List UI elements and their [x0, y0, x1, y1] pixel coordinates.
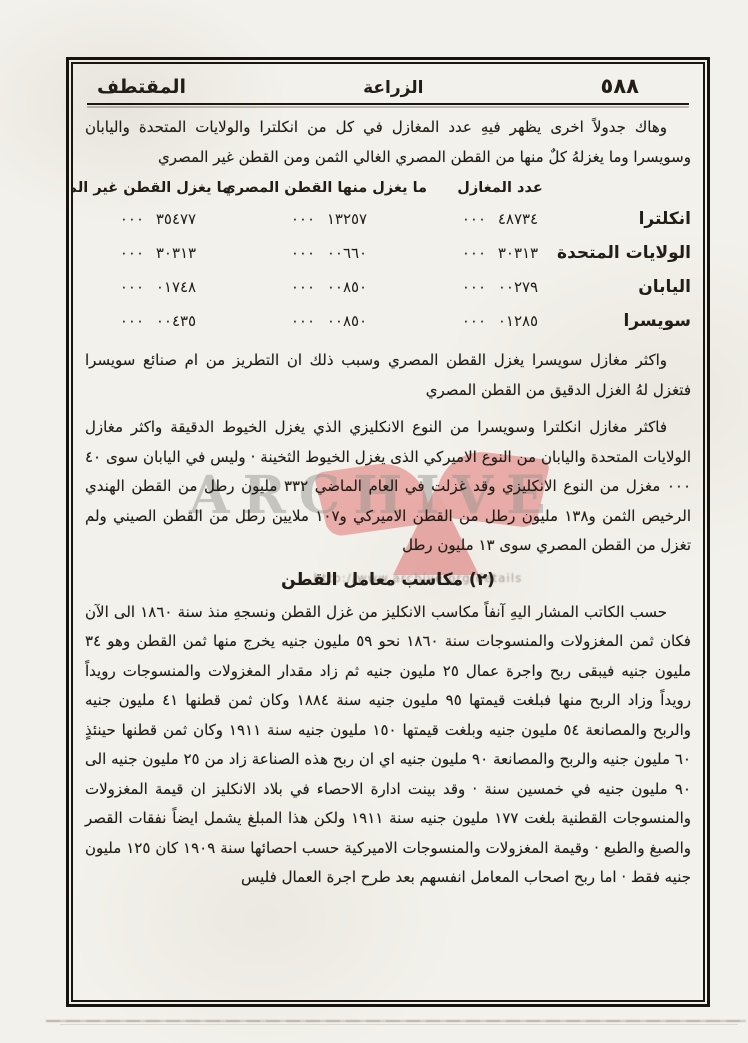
table-header-non-egyptian: ما يغزل القطن غير المصري [71, 180, 231, 196]
page-number: ٥٨٨ [601, 74, 639, 98]
gains-paragraph: حسب الكاتب المشار اليهِ آنفاً مكاسب الان… [85, 598, 691, 893]
table-cell: ٠٠٨٥٠ ٠٠٠ [231, 304, 427, 338]
scan-bottom-edge-faint [60, 1024, 738, 1025]
table-header-spindles: عدد المغازل [427, 180, 573, 196]
table-header-egyptian: ما يغزل منها القطن المصري [231, 180, 427, 196]
intro-paragraph: وهاك جدولاً اخرى يظهر فيهِ عدد المغازل ف… [85, 113, 691, 172]
scanned-page-background: { "header": { "page_number": "٥٨٨", "sec… [0, 0, 748, 1043]
header-rule [87, 103, 689, 105]
section-heading: (٢) مكاسب معامل القطن [85, 570, 691, 590]
table-row-label: سويسرا [573, 304, 691, 338]
table-cell: ٣٥٤٧٧ ٠٠٠ [85, 202, 231, 236]
after-table-paragraph: واكثر مغازل سويسرا يغزل القطن المصري وسب… [85, 346, 691, 405]
table-cell: ٠٠٨٥٠ ٠٠٠ [231, 270, 427, 304]
page-header: ٥٨٨ الزراعة المقتطف [85, 64, 691, 101]
page-frame: ARCHIVE http://www.archive.org/details ٥… [66, 57, 710, 1007]
page-content: ARCHIVE http://www.archive.org/details ٥… [71, 62, 705, 1002]
table-header-row: عدد المغازل ما يغزل منها القطن المصري ما… [85, 180, 691, 196]
table-row: الولايات المتحدة ٣٠٣١٣ ٠٠٠ ٠٠٦٦٠ ٠٠٠ ٣٠٣… [85, 236, 691, 270]
scan-bottom-edge [46, 1020, 746, 1022]
table-row: سويسرا ٠١٢٨٥ ٠٠٠ ٠٠٨٥٠ ٠٠٠ ٠٠٤٣٥ ٠٠٠ [85, 304, 691, 338]
table-cell: ٤٨٧٣٤ ٠٠٠ [427, 202, 573, 236]
table-row-label: انكلترا [573, 202, 691, 236]
table-cell: ١٣٢٥٧ ٠٠٠ [231, 202, 427, 236]
magazine-title: المقتطف [97, 76, 186, 98]
table-cell: ٠٠٢٧٩ ٠٠٠ [427, 270, 573, 304]
table-row: انكلترا ٤٨٧٣٤ ٠٠٠ ١٣٢٥٧ ٠٠٠ ٣٥٤٧٧ ٠٠٠ [85, 202, 691, 236]
table-cell: ٠٠٤٣٥ ٠٠٠ [85, 304, 231, 338]
table-cell: ٣٠٣١٣ ٠٠٠ [427, 236, 573, 270]
table-cell: ٠٠٦٦٠ ٠٠٠ [231, 236, 427, 270]
table-row-label: اليابان [573, 270, 691, 304]
table-row: اليابان ٠٠٢٧٩ ٠٠٠ ٠٠٨٥٠ ٠٠٠ ٠١٧٤٨ ٠٠٠ [85, 270, 691, 304]
table-cell: ٠١٧٤٨ ٠٠٠ [85, 270, 231, 304]
spindle-types-paragraph: فاكثر مغازل انكلترا وسويسرا من النوع الا… [85, 413, 691, 561]
spindle-table: عدد المغازل ما يغزل منها القطن المصري ما… [85, 180, 691, 338]
table-row-label: الولايات المتحدة [573, 236, 691, 270]
table-cell: ٠١٢٨٥ ٠٠٠ [427, 304, 573, 338]
section-title: الزراعة [363, 78, 423, 98]
table-cell: ٣٠٣١٣ ٠٠٠ [85, 236, 231, 270]
